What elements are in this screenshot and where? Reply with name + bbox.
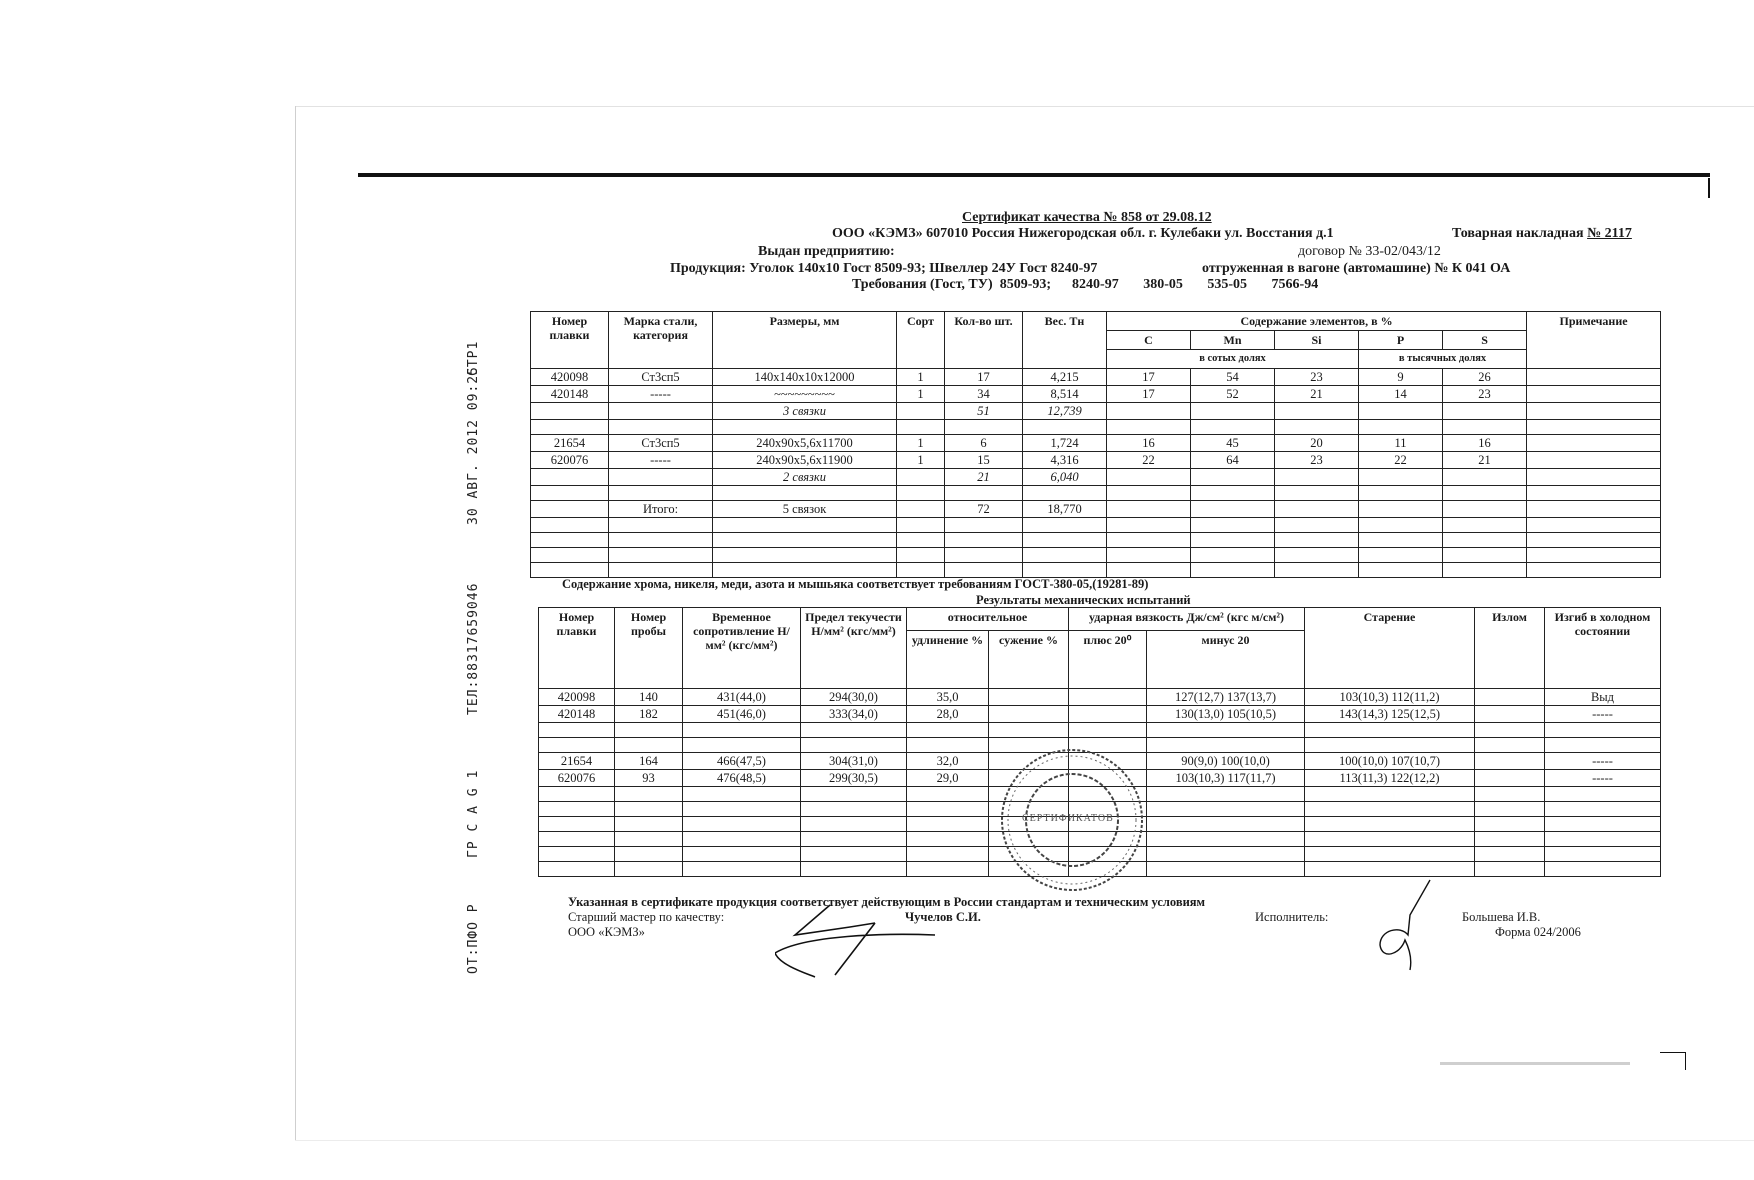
requirements-line: Требования (Гост, ТУ) 8509-93; 8240-97 3… — [852, 277, 1318, 293]
cell-c: 16 — [1107, 435, 1191, 452]
cell-yield: 299(30,5) — [801, 770, 907, 787]
fax-sender-code: ГР С А G 1 — [466, 770, 481, 858]
cell-elong: 28,0 — [907, 706, 989, 723]
company-line: ООО «КЭМЗ» 607010 Россия Нижегородская о… — [832, 226, 1334, 242]
cell-minus20: 127(12,7) 137(13,7) — [1147, 689, 1305, 706]
cell-heat: 420098 — [531, 369, 609, 386]
col-cold-bend: Изгиб в холодном состоянии — [1545, 608, 1661, 689]
cell-c — [1107, 403, 1191, 420]
cell-mn: 64 — [1191, 452, 1275, 469]
cell-fracture — [1475, 770, 1545, 787]
cell-c: 22 — [1107, 452, 1191, 469]
cell-reduct — [989, 753, 1069, 770]
cell-tensile: 431(44,0) — [683, 689, 801, 706]
cell-dims: 240х90х5,6х11700 — [713, 435, 897, 452]
invoice: Товарная накладная № 2117 — [1452, 226, 1632, 242]
cell-note — [1527, 386, 1661, 403]
composition-table: Номер плавки Марка стали, категория Разм… — [530, 311, 1661, 578]
cell-dims: 3 связки — [713, 403, 897, 420]
scan-edge — [295, 106, 296, 1140]
cell-steel — [609, 469, 713, 486]
fax-from: ОТ:ПФО Р — [466, 903, 481, 974]
cell-tensile: 451(46,0) — [683, 706, 801, 723]
cell-dims: 2 связки — [713, 469, 897, 486]
cell-qty: 17 — [945, 369, 1023, 386]
col-minus20: минус 20 — [1147, 631, 1305, 689]
cell-qty: 6 — [945, 435, 1023, 452]
cell-steel: Ст3сп5 — [609, 369, 713, 386]
cell-s: 23 — [1443, 386, 1527, 403]
col-plus20: плюс 20⁰ — [1069, 631, 1147, 689]
cell-note — [1527, 452, 1661, 469]
mechanical-title: Результаты механических испытаний — [976, 593, 1191, 608]
empty-row — [531, 533, 1661, 548]
cell-aging: 100(10,0) 107(10,7) — [1305, 753, 1475, 770]
cell-plus20 — [1069, 770, 1147, 787]
requirements-label: Требования (Гост, ТУ) — [852, 277, 993, 292]
cell-c: 17 — [1107, 386, 1191, 403]
cell-mn — [1191, 403, 1275, 420]
cell-heat — [531, 469, 609, 486]
cell-sort: 1 — [897, 435, 945, 452]
subtotal-row: 3 связки5112,739 — [531, 403, 1661, 420]
col-heat-no: Номер плавки — [539, 608, 615, 689]
cell-heat: 420098 — [539, 689, 615, 706]
cell-tensile: 466(47,5) — [683, 753, 801, 770]
cell-steel — [609, 403, 713, 420]
cell-heat: 620076 — [539, 770, 615, 787]
cell-yield: 304(31,0) — [801, 753, 907, 770]
cell-steel: ----- — [609, 452, 713, 469]
cell-weight: 12,739 — [1023, 403, 1107, 420]
cell-steel: ----- — [609, 386, 713, 403]
cell-dims: 140х140х10х12000 — [713, 369, 897, 386]
cell-plus20 — [1069, 753, 1147, 770]
empty-row — [531, 548, 1661, 563]
cell-note — [1527, 403, 1661, 420]
mechanical-rows: 420098140431(44,0)294(30,0)35,0127(12,7)… — [539, 689, 1661, 877]
cell-si: 23 — [1275, 452, 1359, 469]
table-row: 620076-----240х90х5,6х119001154,31622642… — [531, 452, 1661, 469]
cell-weight: 8,514 — [1023, 386, 1107, 403]
col-s: S — [1443, 331, 1527, 350]
col-weight: Вес. Тн — [1023, 312, 1107, 369]
cell-weight: 1,724 — [1023, 435, 1107, 452]
shipment: отгруженная в вагоне (автомашине) № К 04… — [1202, 261, 1510, 277]
cell-mn: 45 — [1191, 435, 1275, 452]
empty-row — [531, 518, 1661, 533]
cell-sort: 1 — [897, 369, 945, 386]
cell-heat: 620076 — [531, 452, 609, 469]
total-bundles: 5 связок — [713, 501, 897, 518]
cell-qty: 21 — [945, 469, 1023, 486]
fax-header-rule — [358, 173, 1710, 177]
empty-row — [539, 723, 1661, 738]
cell-p — [1359, 469, 1443, 486]
cell-p: 22 — [1359, 452, 1443, 469]
cell-bend: ----- — [1545, 770, 1661, 787]
corner-mark — [1685, 1052, 1686, 1070]
col-reduction: сужение % — [989, 631, 1069, 689]
col-impact: ударная вязкость Дж/см² (кгс м/см²) — [1069, 608, 1305, 631]
cell-s: 16 — [1443, 435, 1527, 452]
cell-reduct — [989, 689, 1069, 706]
col-steel-grade: Марка стали, категория — [609, 312, 713, 369]
cell-aging: 103(10,3) 112(11,2) — [1305, 689, 1475, 706]
total-label: Итого: — [609, 501, 713, 518]
cell-fracture — [1475, 689, 1545, 706]
company-name: ООО «КЭМЗ» — [568, 925, 645, 940]
cell-si — [1275, 469, 1359, 486]
signature-executor — [1370, 875, 1450, 975]
table-row: 21654Ст3сп5240х90х5,6х11700161,724164520… — [531, 435, 1661, 452]
invoice-number: № 2117 — [1587, 226, 1632, 241]
cell-note — [1527, 369, 1661, 386]
cell-si: 23 — [1275, 369, 1359, 386]
cell-s — [1443, 469, 1527, 486]
fax-phone: ТЕЛ:88317659046 — [466, 583, 481, 715]
col-relative: относительное — [907, 608, 1069, 631]
cell-heat — [531, 403, 609, 420]
cell-s — [1443, 403, 1527, 420]
composition-rows: 420098Ст3сп5140х140х10х120001174,2151754… — [531, 369, 1661, 578]
col-fracture: Излом — [1475, 608, 1545, 689]
executor-label: Исполнитель: — [1255, 910, 1328, 925]
cell-s: 21 — [1443, 452, 1527, 469]
cell-mn — [1191, 469, 1275, 486]
cell-qty: 34 — [945, 386, 1023, 403]
product-line: Продукция: Уголок 140х10 Гост 8509-93; Ш… — [670, 261, 1097, 277]
cell-p — [1359, 403, 1443, 420]
empty-row — [539, 862, 1661, 877]
cell-sample: 93 — [615, 770, 683, 787]
cell-si: 21 — [1275, 386, 1359, 403]
cell-elong: 29,0 — [907, 770, 989, 787]
empty-row — [539, 847, 1661, 862]
col-qty: Кол-во шт. — [945, 312, 1023, 369]
cell-mn: 54 — [1191, 369, 1275, 386]
compliance-note: Содержание хрома, никеля, меди, азота и … — [562, 577, 1148, 592]
cell-bend: ----- — [1545, 706, 1661, 723]
cell-minus20: 103(10,3) 117(11,7) — [1147, 770, 1305, 787]
cell-heat: 420148 — [531, 386, 609, 403]
cell-tensile: 476(48,5) — [683, 770, 801, 787]
scan-edge — [295, 1140, 1754, 1141]
col-p: P — [1359, 331, 1443, 350]
cell-weight: 4,316 — [1023, 452, 1107, 469]
cell-c: 17 — [1107, 369, 1191, 386]
cell-fracture — [1475, 706, 1545, 723]
certificate-title: Сертификат качества № 858 от 29.08.12 — [962, 210, 1212, 226]
col-si: Si — [1275, 331, 1359, 350]
col-dimensions: Размеры, мм — [713, 312, 897, 369]
cell-si: 20 — [1275, 435, 1359, 452]
cell-yield: 333(34,0) — [801, 706, 907, 723]
invoice-label: Товарная накладная — [1452, 226, 1584, 241]
cell-si — [1275, 403, 1359, 420]
col-remarks: Примечание — [1527, 312, 1661, 369]
cell-aging: 113(11,3) 122(12,2) — [1305, 770, 1475, 787]
cell-yield: 294(30,0) — [801, 689, 907, 706]
cell-dims: 240х90х5,6х11900 — [713, 452, 897, 469]
empty-row — [539, 787, 1661, 802]
cell-weight: 6,040 — [1023, 469, 1107, 486]
quality-master-name: Чучелов С.И. — [905, 910, 981, 925]
col-elements-group: Содержание элементов, в % — [1107, 312, 1527, 331]
col-yield: Предел текучести Н/мм² (кгс/мм²) — [801, 608, 907, 689]
cell-minus20: 90(9,0) 100(10,0) — [1147, 753, 1305, 770]
scan-smudge — [1440, 1062, 1630, 1065]
issued-to-label: Выдан предприятию: — [758, 244, 895, 260]
cell-note — [1527, 469, 1661, 486]
col-tensile: Временное сопротивление Н/мм² (кгс/мм²) — [683, 608, 801, 689]
cell-steel: Ст3сп5 — [609, 435, 713, 452]
empty-row — [531, 563, 1661, 578]
cell-reduct — [989, 706, 1069, 723]
cell-qty: 15 — [945, 452, 1023, 469]
cell-qty: 51 — [945, 403, 1023, 420]
cell-p: 14 — [1359, 386, 1443, 403]
cell-sample: 182 — [615, 706, 683, 723]
cell-heat: 21654 — [539, 753, 615, 770]
col-c: C — [1107, 331, 1191, 350]
cell-bend: Выд — [1545, 689, 1661, 706]
cell-elong: 35,0 — [907, 689, 989, 706]
col-grade: Сорт — [897, 312, 945, 369]
cell-p: 11 — [1359, 435, 1443, 452]
table-row: 420148182451(46,0)333(34,0)28,0130(13,0)… — [539, 706, 1661, 723]
cell-bend: ----- — [1545, 753, 1661, 770]
scan-edge — [295, 106, 1754, 107]
cell-reduct — [989, 770, 1069, 787]
table-row: 62007693476(48,5)299(30,5)29,0103(10,3) … — [539, 770, 1661, 787]
table-row: 420098140431(44,0)294(30,0)35,0127(12,7)… — [539, 689, 1661, 706]
empty-row — [539, 738, 1661, 753]
empty-row — [539, 832, 1661, 847]
corner-mark — [1660, 1052, 1686, 1053]
col-mn: Mn — [1191, 331, 1275, 350]
empty-row — [531, 420, 1661, 435]
cell-dims: ~~~~~~~~~ — [713, 386, 897, 403]
executor-name: Большева И.В. — [1462, 910, 1540, 925]
cell-sample: 164 — [615, 753, 683, 770]
unit-hundredths: в сотых долях — [1107, 350, 1359, 369]
cell-s: 26 — [1443, 369, 1527, 386]
cell-fracture — [1475, 753, 1545, 770]
col-heat-no: Номер плавки — [531, 312, 609, 369]
stamp-text: СЕРТИФИКАТОВ — [1022, 813, 1114, 824]
col-elongation: удлинение % — [907, 631, 989, 689]
col-sample-no: Номер пробы — [615, 608, 683, 689]
cell-plus20 — [1069, 706, 1147, 723]
cell-p: 9 — [1359, 369, 1443, 386]
cell-weight: 4,215 — [1023, 369, 1107, 386]
cell-c — [1107, 469, 1191, 486]
cell-sort: 1 — [897, 452, 945, 469]
cell-plus20 — [1069, 689, 1147, 706]
total-weight: 18,770 — [1023, 501, 1107, 518]
cell-sort — [897, 403, 945, 420]
table-row: 21654164466(47,5)304(31,0)32,090(9,0) 10… — [539, 753, 1661, 770]
total-qty: 72 — [945, 501, 1023, 518]
cell-elong: 32,0 — [907, 753, 989, 770]
col-aging: Старение — [1305, 608, 1475, 689]
cell-sort — [897, 469, 945, 486]
form-number: Форма 024/2006 — [1495, 925, 1581, 940]
fax-header-rule-tick — [1708, 178, 1710, 198]
total-row: Итого:5 связок7218,770 — [531, 501, 1661, 518]
table-row: 420148-----~~~~~~~~~1348,5141752211423 — [531, 386, 1661, 403]
conformity-statement: Указанная в сертификате продукция соотве… — [568, 895, 1205, 910]
unit-thousandths: в тысячных долях — [1359, 350, 1527, 369]
quality-master-label: Старший мастер по качеству: — [568, 910, 724, 925]
mechanical-table: Номер плавки Номер пробы Временное сопро… — [538, 607, 1661, 877]
table-row: 420098Ст3сп5140х140х10х120001174,2151754… — [531, 369, 1661, 386]
contract: договор № 33-02/043/12 — [1298, 244, 1441, 260]
cell-minus20: 130(13,0) 105(10,5) — [1147, 706, 1305, 723]
fax-datetime: 30 АВГ. 2012 09:25 — [466, 366, 481, 525]
cell-aging: 143(14,3) 125(12,5) — [1305, 706, 1475, 723]
cell-heat: 420148 — [539, 706, 615, 723]
empty-row — [531, 486, 1661, 501]
cell-sort: 1 — [897, 386, 945, 403]
cell-mn: 52 — [1191, 386, 1275, 403]
cell-note — [1527, 435, 1661, 452]
subtotal-row: 2 связки216,040 — [531, 469, 1661, 486]
cell-heat: 21654 — [531, 435, 609, 452]
cell-sample: 140 — [615, 689, 683, 706]
